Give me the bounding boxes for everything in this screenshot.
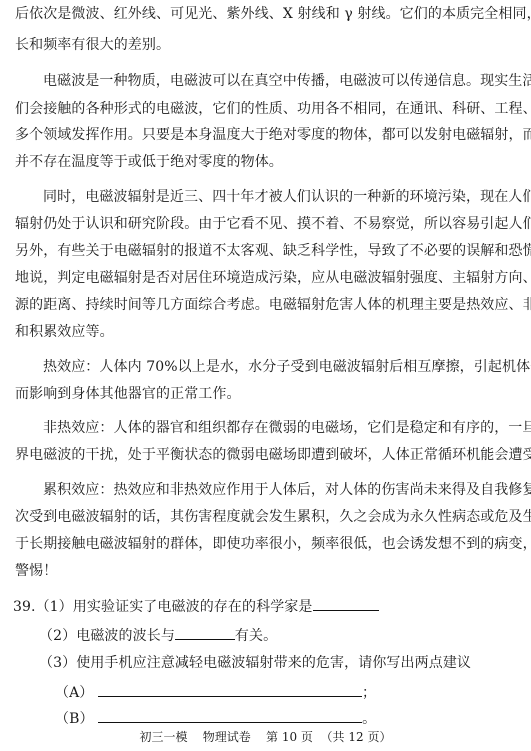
answer-end-punct: ； bbox=[362, 685, 376, 701]
text-line: 辐射仍处于认识和研究阶段。由于它看不见、摸不着、不易察觉，所以容易引起人们的疑虑… bbox=[15, 215, 531, 233]
text-line: 并不存在温度等于或低于绝对零度的物体。 bbox=[15, 153, 283, 171]
question-text: 用实验证实了电磁波的存在的科学家是 bbox=[73, 599, 313, 615]
text-line: 和积累效应等。 bbox=[15, 323, 114, 341]
answer-end-punct: 。 bbox=[362, 711, 376, 727]
question-number: 39. bbox=[13, 599, 36, 615]
text-line: 热效应：人体内 70%以上是水，水分子受到电磁波辐射后相互摩擦，引起机体升温，从 bbox=[43, 358, 531, 376]
text-line: 警惕！ bbox=[15, 562, 57, 580]
answer-label-a: （A） bbox=[55, 685, 93, 701]
answer-a-row: （A） ； bbox=[55, 682, 376, 702]
text-line: 源的距离、持续时间等几方面综合考虑。电磁辐射危害人体的机理主要是热效应、非热效应 bbox=[15, 296, 531, 314]
text-line: 非热效应：人体的器官和组织都存在微弱的电磁场，它们是稳定和有序的，一旦受到外 bbox=[43, 419, 531, 437]
answer-blank-wavelength[interactable] bbox=[175, 625, 235, 640]
answer-blank-b[interactable] bbox=[98, 708, 362, 723]
text-line: 地说，判定电磁辐射是否对居住环境造成污染，应从电磁波辐射强度、主辐射方向、与辐射 bbox=[15, 269, 531, 287]
text-line: 次受到电磁波辐射的话，其伤害程度就会发生累积，久之会成为永久性病态或危及生命。对 bbox=[15, 508, 531, 526]
question-text: 有关。 bbox=[235, 628, 277, 644]
question-text: 使用手机应注意减轻电磁波辐射带来的危害，请你写出两点建议 bbox=[76, 655, 471, 671]
page-footer: 初三一模 物理试卷 第 10 页 （共 12 页） bbox=[0, 729, 531, 745]
answer-blank-scientist[interactable] bbox=[313, 596, 379, 611]
text-line: 同时，电磁波辐射是近三、四十年才被人们认识的一种新的环境污染，现在人们对电磁 bbox=[43, 188, 531, 206]
question-text: 电磁波的波长与 bbox=[76, 628, 175, 644]
text-line: 另外，有些关于电磁辐射的报道不太客观、缺乏科学性，导致了不必要的误解和恐慌。一般 bbox=[15, 242, 531, 260]
part-label: （2） bbox=[39, 628, 76, 644]
answer-b-row: （B） 。 bbox=[55, 708, 376, 728]
question-39-part-1: 39.（1）用实验证实了电磁波的存在的科学家是 bbox=[13, 596, 379, 616]
text-line: 于长期接触电磁波辐射的群体，即使功率很小，频率很低，也会诱发想不到的病变，应引起 bbox=[15, 535, 531, 553]
answer-blank-a[interactable] bbox=[98, 682, 362, 697]
text-line: 们会接触的各种形式的电磁波，它们的性质、功用各不相同，在通讯、科研、工程、医疗等 bbox=[15, 100, 531, 118]
text-line: 多个领域发挥作用。只要是本身温度大于绝对零度的物体，都可以发射电磁辐射，而世界上 bbox=[15, 126, 531, 144]
text-line: 界电磁波的干扰，处于平衡状态的微弱电磁场即遭到破坏，人体正常循环机能会遭受破坏。 bbox=[15, 446, 531, 464]
text-line: 后依次是微波、红外线、可见光、紫外线、X 射线和 γ 射线。它们的本质完全相同，… bbox=[15, 5, 531, 23]
question-39-part-3: （3）使用手机应注意减轻电磁波辐射带来的危害，请你写出两点建议 bbox=[39, 654, 471, 672]
text-line: 而影响到身体其他器官的正常工作。 bbox=[15, 385, 241, 403]
text-line: 电磁波是一种物质，电磁波可以在真空中传播，电磁波可以传递信息。现实生活中，我 bbox=[43, 72, 531, 90]
text-line: 长和频率有很大的差别。 bbox=[15, 36, 170, 54]
part-label: （3） bbox=[39, 655, 76, 671]
part-label: （1） bbox=[36, 599, 73, 615]
text-line: 累积效应：热效应和非热效应作用于人体后，对人体的伤害尚未来得及自我修复之前再 bbox=[43, 481, 531, 499]
answer-label-b: （B） bbox=[55, 711, 94, 727]
question-39-part-2: （2）电磁波的波长与有关。 bbox=[39, 625, 277, 645]
